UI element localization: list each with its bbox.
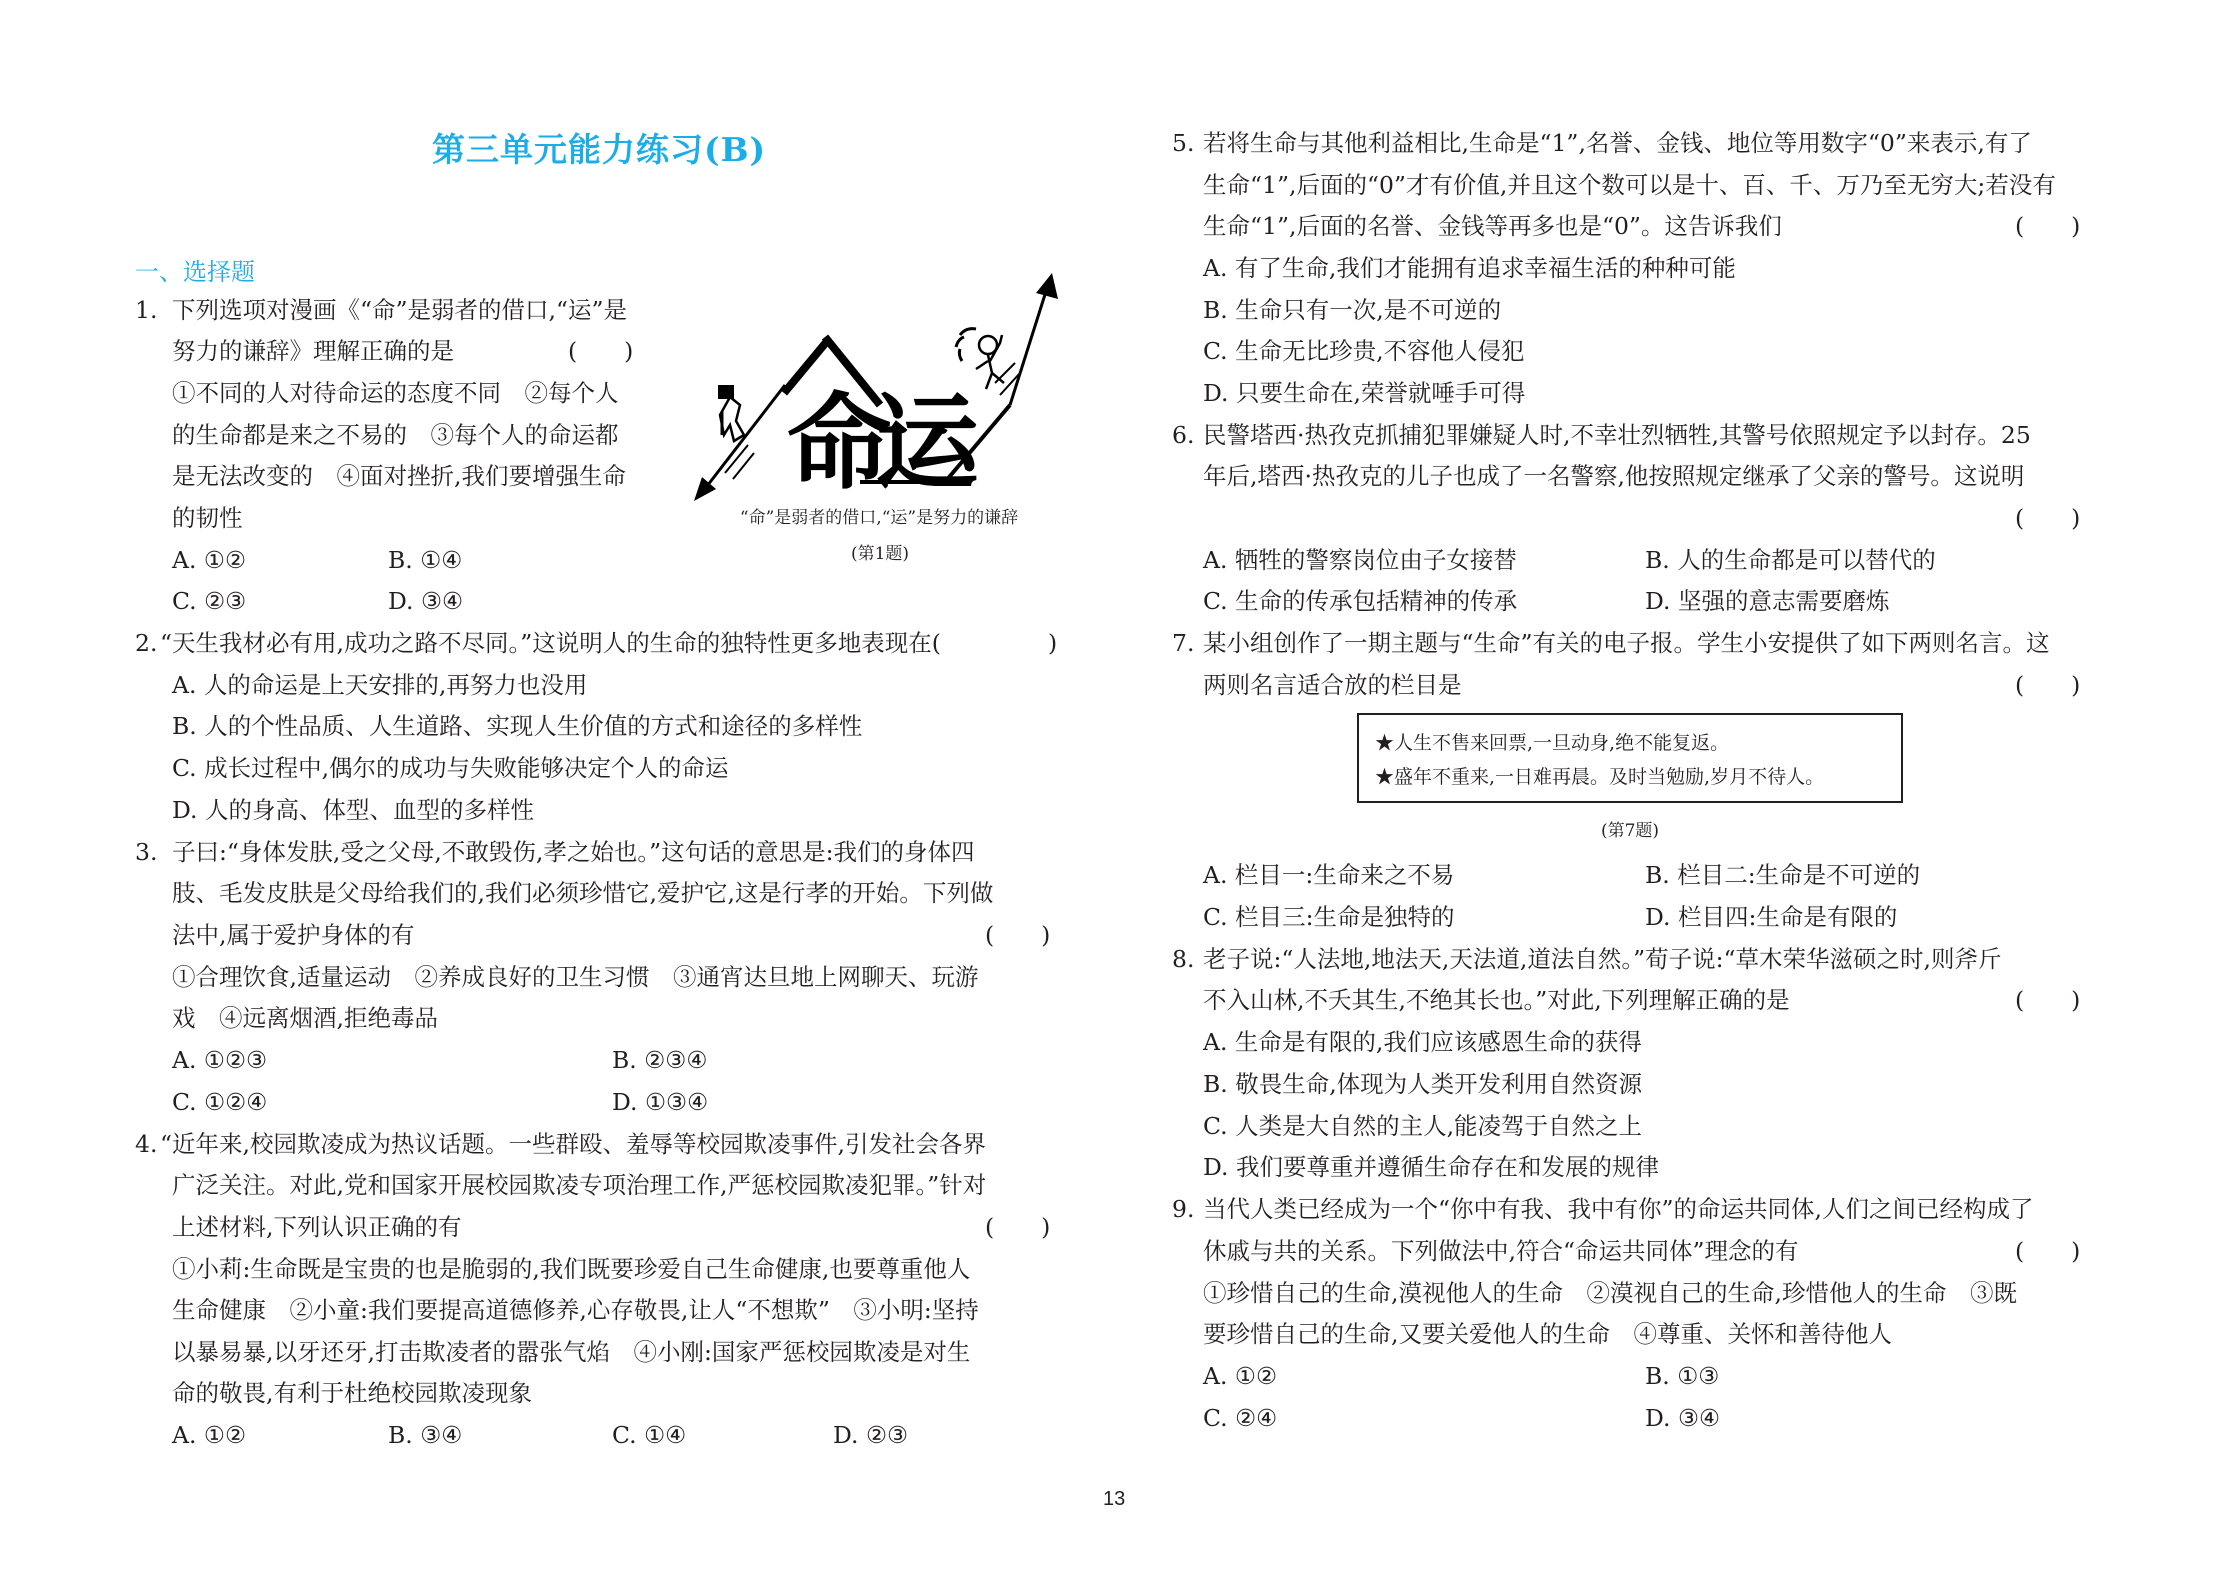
option-a: A. ①② bbox=[172, 1420, 246, 1450]
option-c: C. 生命的传承包括精神的传承 bbox=[1203, 586, 1517, 616]
question-text-line: 民警塔西·热孜克抓捕犯罪嫌疑人时,不幸壮烈牺牲,其警号依照规定予以封存。25 bbox=[1203, 420, 2031, 450]
answer-blank: ( ) bbox=[2015, 670, 2080, 700]
question-text-line: ①不同的人对待命运的态度不同 ②每个人 bbox=[172, 378, 619, 408]
question-text-line: 的韧性 bbox=[172, 503, 243, 533]
question-text-line: ①珍惜自己的生命,漠视他人的生命 ②漠视自己的生命,珍惜他人的生命 ③既 bbox=[1203, 1278, 2017, 1308]
option-a: A. 有了生命,我们才能拥有追求幸福生活的种种可能 bbox=[1203, 253, 1736, 283]
question-number: 4. bbox=[135, 1129, 157, 1159]
question-text-line: 休戚与共的关系。下列做法中,符合“命运共同体”理念的有 bbox=[1203, 1236, 1799, 1266]
question-number: 9. bbox=[1172, 1194, 1194, 1224]
question-number: 2. bbox=[135, 628, 157, 658]
question-text-line: 广泛关注。对此,党和国家开展校园欺凌专项治理工作,严惩校园欺凌犯罪。”针对 bbox=[172, 1170, 986, 1200]
question-text-line: 两则名言适合放的栏目是 bbox=[1203, 670, 1462, 700]
question-text-line: ①合理饮食,适量运动 ②养成良好的卫生习惯 ③通宵达旦地上网聊天、玩游 bbox=[172, 962, 978, 992]
question-text-line: 当代人类已经成为一个“你中有我、我中有你”的命运共同体,人们之间已经构成了 bbox=[1203, 1194, 2034, 1224]
option-d: D. 我们要尊重并遵循生命存在和发展的规律 bbox=[1203, 1152, 1659, 1182]
question-text-line: 若将生命与其他利益相比,生命是“1”,名誉、金钱、地位等用数字“0”来表示,有了 bbox=[1203, 128, 2032, 158]
question-number: 6. bbox=[1172, 420, 1194, 450]
option-b: B. ②③④ bbox=[612, 1045, 707, 1075]
question-text-line: 戏 ④远离烟酒,拒绝毒品 bbox=[172, 1003, 438, 1033]
question-text-line: 要珍惜自己的生命,又要关爱他人的生命 ④尊重、关怀和善待他人 bbox=[1203, 1319, 1892, 1349]
question-number: 1. bbox=[135, 295, 157, 325]
answer-blank: ( ) bbox=[568, 336, 633, 366]
question-text-line: 生命健康 ②小童:我们要提高道德修养,心存敬畏,让人“不想欺” ③小明:坚持 bbox=[172, 1295, 979, 1325]
option-a: A. 牺牲的警察岗位由子女接替 bbox=[1203, 545, 1517, 575]
question-text-line: 生命“1”,后面的“0”才有价值,并且这个数可以是十、百、千、万乃至无穷大;若没… bbox=[1203, 170, 2056, 200]
question-text-line: 不入山林,不夭其生,不绝其长也。”对此,下列理解正确的是 bbox=[1203, 985, 1790, 1015]
option-c: C. ②④ bbox=[1203, 1403, 1277, 1433]
page-title: 第三单元能力练习(B) bbox=[432, 124, 766, 171]
figure-caption: “命”是弱者的借口,“运”是努力的谦辞 bbox=[718, 507, 1040, 529]
quote-line: ★人生不售来回票,一旦动身,绝不能复返。 bbox=[1375, 731, 1729, 755]
option-d: D. ②③ bbox=[833, 1420, 908, 1450]
option-c: C. 生命无比珍贵,不容他人侵犯 bbox=[1203, 336, 1525, 366]
option-b: B. ①③ bbox=[1645, 1361, 1719, 1391]
option-a: A. 人的命运是上天安排的,再努力也没用 bbox=[172, 670, 587, 700]
question-text-line: 下列选项对漫画《“命”是弱者的借口,“运”是 bbox=[172, 295, 627, 325]
question-number: 8. bbox=[1172, 944, 1194, 974]
question-text-line: 以暴易暴,以牙还牙,打击欺凌者的嚣张气焰 ④小刚:国家严惩校园欺凌是对生 bbox=[172, 1337, 970, 1367]
question-text-line: 命的敬畏,有利于杜绝校园欺凌现象 bbox=[172, 1378, 532, 1408]
question-text-line: ①小莉:生命既是宝贵的也是脆弱的,我们既要珍爱自己生命健康,也要尊重他人 bbox=[172, 1254, 970, 1284]
answer-blank: ( ) bbox=[2015, 1236, 2080, 1266]
option-c: C. 栏目三:生命是独特的 bbox=[1203, 902, 1455, 932]
question-text-line: “近年来,校园欺凌成为热议话题。一些群殴、羞辱等校园欺凌事件,引发社会各界 bbox=[160, 1129, 986, 1159]
option-b: B. 生命只有一次,是不可逆的 bbox=[1203, 295, 1501, 325]
question-text-line: 法中,属于爱护身体的有 bbox=[172, 920, 414, 950]
option-a: A. 栏目一:生命来之不易 bbox=[1203, 860, 1454, 890]
question-text-line: “天生我材必有用,成功之路不尽同。”这说明人的生命的独特性更多地表现在( bbox=[160, 628, 941, 658]
option-d: D. 只要生命在,荣誉就唾手可得 bbox=[1203, 378, 1525, 408]
option-b: B. 人的个性品质、人生道路、实现人生价值的方式和途径的多样性 bbox=[172, 711, 862, 741]
option-b: B. 栏目二:生命是不可逆的 bbox=[1645, 860, 1920, 890]
option-c: C. ②③ bbox=[172, 586, 246, 616]
question-text-line: 肢、毛发皮肤是父母给我们的,我们必须珍惜它,爱护它,这是行孝的开始。下列做 bbox=[172, 878, 993, 908]
option-c: C. 成长过程中,偶尔的成功与失败能够决定个人的命运 bbox=[172, 753, 729, 783]
question-number: 7. bbox=[1172, 628, 1194, 658]
option-d: D. ③④ bbox=[388, 586, 463, 616]
option-d: D. 人的身高、体型、血型的多样性 bbox=[172, 795, 534, 825]
figure-label: (第7题) bbox=[1570, 820, 1690, 842]
cartoon-char-yun: 运 bbox=[875, 382, 980, 504]
question-text-line: 是无法改变的 ④面对挫折,我们要增强生命 bbox=[172, 461, 626, 491]
quote-line: ★盛年不重来,一日难再晨。及时当勉励,岁月不待人。 bbox=[1375, 765, 1824, 789]
answer-blank-close: ) bbox=[1048, 628, 1057, 658]
question-text-line: 年后,塔西·热孜克的儿子也成了一名警察,他按照规定继承了父亲的警号。这说明 bbox=[1203, 461, 2024, 491]
option-b: B. ①④ bbox=[388, 545, 462, 575]
option-d: D. ③④ bbox=[1645, 1403, 1720, 1433]
option-b: B. ③④ bbox=[388, 1420, 462, 1450]
page-number: 13 bbox=[1103, 1488, 1125, 1511]
option-d: D. ①③④ bbox=[612, 1087, 708, 1117]
cartoon-illustration: 命 运 bbox=[690, 265, 1060, 505]
answer-blank: ( ) bbox=[2015, 211, 2080, 241]
question-text-line: 子曰:“身体发肤,受之父母,不敢毁伤,孝之始也。”这句话的意思是:我们的身体四 bbox=[172, 837, 975, 867]
answer-blank: ( ) bbox=[2015, 985, 2080, 1015]
option-a: A. 生命是有限的,我们应该感恩生命的获得 bbox=[1203, 1027, 1642, 1057]
question-number: 5. bbox=[1172, 128, 1194, 158]
question-text-line: 生命“1”,后面的名誉、金钱等再多也是“0”。这告诉我们 bbox=[1203, 211, 1782, 241]
option-c: C. ①②④ bbox=[172, 1087, 267, 1117]
answer-blank: ( ) bbox=[985, 920, 1050, 950]
question-text-line: 老子说:“人法地,地法天,天法道,道法自然。”荀子说:“草木荣华滋硕之时,则斧斤 bbox=[1203, 944, 2002, 974]
option-d: D. 坚强的意志需要磨炼 bbox=[1645, 586, 1889, 616]
option-b: B. 人的生命都是可以替代的 bbox=[1645, 545, 1936, 575]
section-header-multiple-choice: 一、选择题 bbox=[135, 252, 255, 287]
option-d: D. 栏目四:生命是有限的 bbox=[1645, 902, 1897, 932]
option-a: A. ①②③ bbox=[172, 1045, 267, 1075]
exercise-page: 第三单元能力练习(B) 一、选择题 1. 下列选项对漫画《“命”是弱者的借口,“… bbox=[0, 0, 2220, 1571]
question-text-line: 某小组创作了一期主题与“生命”有关的电子报。学生小安提供了如下两则名言。这 bbox=[1203, 628, 2050, 658]
question-text-line: 上述材料,下列认识正确的有 bbox=[172, 1212, 461, 1242]
figure-label: (第1题) bbox=[820, 543, 940, 565]
question-number: 3. bbox=[135, 837, 157, 867]
quote-box: ★人生不售来回票,一旦动身,绝不能复返。 ★盛年不重来,一日难再晨。及时当勉励,… bbox=[1357, 713, 1903, 803]
cartoon-drawing-icon: 命 运 bbox=[690, 265, 1060, 505]
option-b: B. 敬畏生命,体现为人类开发利用自然资源 bbox=[1203, 1069, 1642, 1099]
answer-blank: ( ) bbox=[2015, 503, 2080, 533]
option-c: C. 人类是大自然的主人,能凌驾于自然之上 bbox=[1203, 1111, 1642, 1141]
question-text-line: 的生命都是来之不易的 ③每个人的命运都 bbox=[172, 420, 619, 450]
option-c: C. ①④ bbox=[612, 1420, 686, 1450]
option-a: A. ①② bbox=[1203, 1361, 1277, 1391]
question-text-line: 努力的谦辞》理解正确的是 bbox=[172, 336, 454, 366]
answer-blank: ( ) bbox=[985, 1212, 1050, 1242]
option-a: A. ①② bbox=[172, 545, 246, 575]
